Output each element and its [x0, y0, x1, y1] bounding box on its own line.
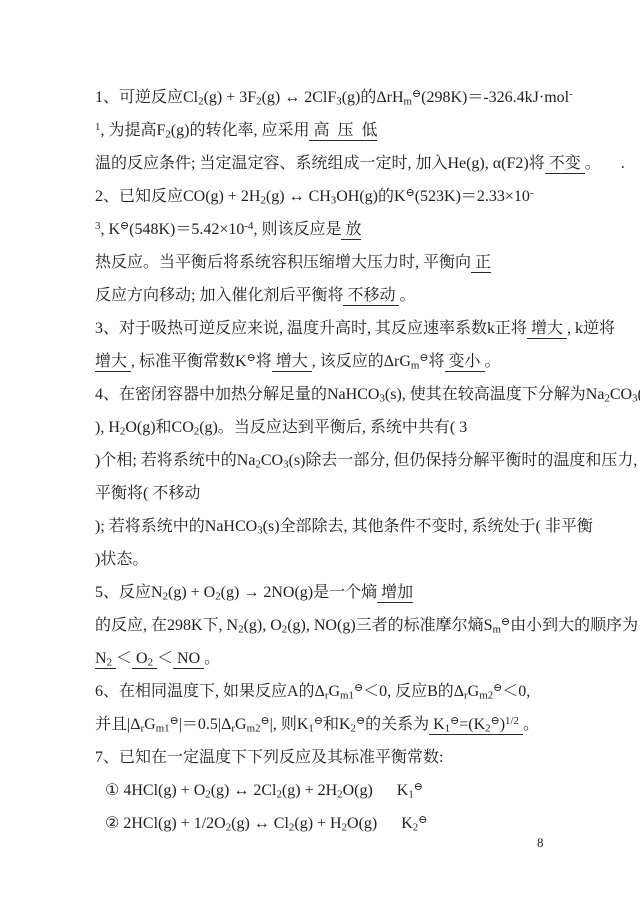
document-line: 5、反应N2(g) + O2(g) → 2NO(g)是一个熵 增加 — [95, 576, 595, 609]
document-line: 并且|ΔrGm1⊖|＝0.5|ΔrGm2⊖|, 则K1⊖和K2⊖的关系为 K1⊖… — [95, 708, 595, 741]
document-line: ① 4HCl(g) + O2(g) ↔ 2Cl2(g) + 2H2O(g) K1… — [95, 774, 595, 807]
document-line: 1, 为提高F2(g)的转化率, 应采用 高 压 低 — [95, 114, 595, 147]
document-line: 6、在相同温度下, 如果反应A的ΔrGm1⊖＜0, 反应B的ΔrGm2⊖＜0, — [95, 675, 595, 708]
document-line: 热反应。当平衡后将系统容积压缩增大压力时, 平衡向 正 — [95, 246, 595, 279]
document-line: ), H2O(g)和CO2(g)。当反应达到平衡后, 系统中共有( 3 — [95, 411, 595, 444]
page-number: 8 — [537, 834, 544, 852]
document-line: 温的反应条件; 当定温定容、系统组成一定时, 加入He(g), α(F2)将 不… — [95, 147, 595, 180]
document-line: 4、在密闭容器中加热分解足量的NaHCO3(s), 使其在较高温度下分解为Na2… — [95, 378, 595, 411]
document-line: 增大 , 标准平衡常数K⊖将 增大 , 该反应的ΔrGm⊖将 变小 。 — [95, 345, 595, 378]
document-line: 的反应, 在298K下, N2(g), O2(g), NO(g)三者的标准摩尔熵… — [95, 609, 595, 642]
document-line: ); 若将系统中的NaHCO3(s)全部除去, 其他条件不变时, 系统处于( 非… — [95, 510, 595, 543]
document-line: ② 2HCl(g) + 1/2O2(g) ↔ Cl2(g) + H2O(g) K… — [95, 807, 595, 840]
document-line: )个相; 若将系统中的Na2CO3(s)除去一部分, 但仍保持分解平衡时的温度和… — [95, 444, 595, 477]
document-line: 反应方向移动; 加入催化剂后平衡将 不移动 。 — [95, 279, 595, 312]
document-body: 1、可逆反应Cl2(g) + 3F2(g) ↔ 2ClF3(g)的ΔrHm⊖(2… — [95, 81, 595, 840]
document-line: 2、已知反应CO(g) + 2H2(g) ↔ CH3OH(g)的K⊖(523K)… — [95, 180, 595, 213]
document-line: 平衡将( 不移动 — [95, 477, 595, 510]
document-line: 3, K⊖(548K)＝5.42×10-4, 则该反应是 放 — [95, 213, 595, 246]
document-line: )状态。 — [95, 543, 595, 576]
document-page: 1、可逆反应Cl2(g) + 3F2(g) ↔ 2ClF3(g)的ΔrHm⊖(2… — [0, 0, 640, 905]
document-line: N2 ＜ O2 ＜ NO 。 — [95, 642, 595, 675]
document-line: 3、对于吸热可逆反应来说, 温度升高时, 其反应速率系数k正将 增大 , k逆将 — [95, 312, 595, 345]
document-line: 1、可逆反应Cl2(g) + 3F2(g) ↔ 2ClF3(g)的ΔrHm⊖(2… — [95, 81, 595, 114]
document-line: 7、已知在一定温度下下列反应及其标准平衡常数: — [95, 741, 595, 774]
